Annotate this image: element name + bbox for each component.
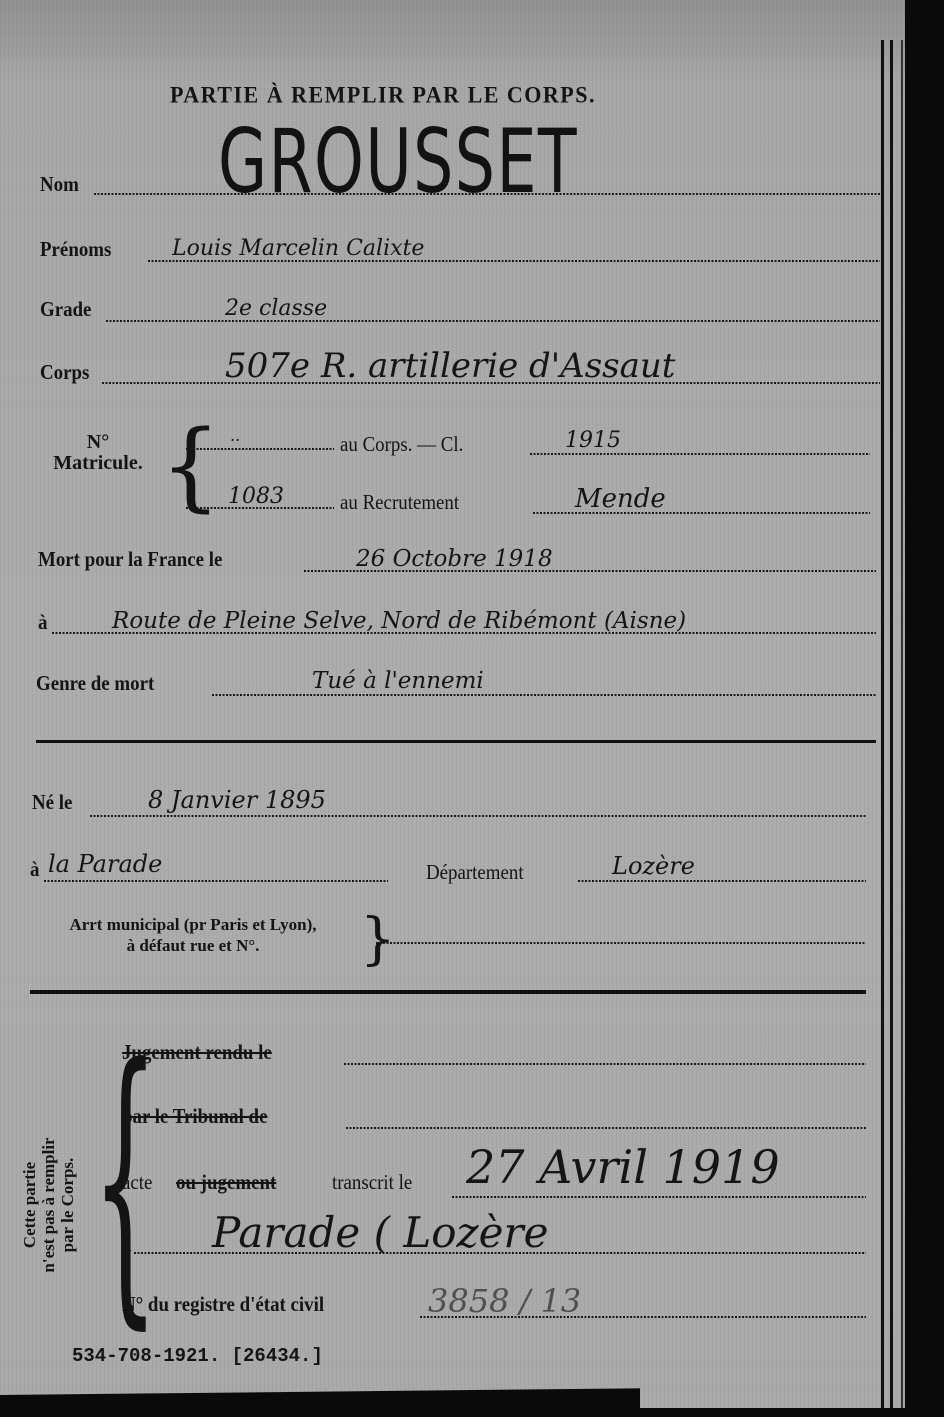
grade-label: Grade [40,297,91,322]
prenoms-value: Louis Marcelin Calixte [172,236,424,261]
form-header: PARTIE À REMPLIR PAR LE CORPS. [170,81,596,108]
transcription-a-value: Parade ( Lozère [212,1208,548,1257]
registre-label: N° du registre d'état civil [122,1292,324,1317]
transcription-a-label: à [122,1232,131,1257]
transcrit-line [452,1196,866,1198]
ne-a-line [44,880,388,882]
ne-a-value: la Parade [48,850,162,878]
tribunal-line [346,1127,866,1129]
genre-mort-label: Genre de mort [36,671,154,696]
arrondissement-label: Arrt municipal (pr Paris et Lyon), à déf… [28,914,358,956]
mort-a-label: à [38,610,47,635]
ne-a-label: à [30,857,39,882]
classe-value: 1915 [565,428,621,453]
departement-line [578,880,866,882]
arrondissement-label-line1: Arrt municipal (pr Paris et Lyon), [28,914,358,935]
side-note: Cette partie n'est pas à remplir par le … [20,1100,77,1310]
side-note-line2: n'est pas à remplir [39,1100,58,1310]
mort-le-value: 26 Octobre 1918 [356,546,553,572]
classe-line [530,453,870,455]
matricule-corps-value: .. [230,426,240,445]
arrondissement-label-line2: à défaut rue et N°. [28,935,358,956]
arrondissement-brace: } [360,912,396,968]
transcrit-label: transcrit le [332,1170,412,1195]
right-border-line [881,40,884,1408]
card-edge [901,40,903,1408]
matricule-label-text: Matricule. [38,453,158,474]
matricule-brace: { [160,418,221,514]
jugement-label: Jugement rendu le [122,1040,272,1065]
au-corps-label: au Corps. — Cl. [340,432,463,457]
mort-le-label: Mort pour la France le [38,547,222,572]
acte-label: acte [122,1170,152,1195]
tribunal-label: par le Tribunal de [122,1104,267,1129]
arrondissement-line [376,942,866,944]
departement-label: Département [426,860,524,885]
side-note-line1: Cette partie [20,1100,39,1310]
recrutement-place-value: Mende [575,484,666,514]
side-note-line3: par le Corps. [58,1100,77,1310]
ne-le-line [90,815,866,817]
section-divider [30,990,866,994]
corps-value: 507e R. artillerie d'Assaut [225,346,675,386]
genre-mort-value: Tué à l'ennemi [312,668,484,694]
matricule-corps-line [186,448,334,450]
genre-mort-line [212,694,876,696]
registre-value: 3858 / 13 [428,1282,581,1320]
grade-line [106,320,880,322]
recrutement-number-value: 1083 [228,484,284,509]
prenoms-label: Prénoms [40,237,111,262]
acte-struck-text: ou jugement [176,1170,276,1195]
mort-a-value: Route de Pleine Selve, Nord de Ribémont … [112,608,686,634]
nom-label: Nom [40,172,79,197]
blank-rule [36,740,876,743]
jugement-line [344,1063,866,1065]
nom-value: GROUSSET [218,118,578,206]
ne-le-value: 8 Janvier 1895 [148,786,326,814]
right-border-line-inner [890,40,893,1408]
au-recrutement-label: au Recrutement [340,490,459,515]
matricule-label-no: N° [38,432,158,453]
record-card: PARTIE À REMPLIR PAR LE CORPS. Nom GROUS… [0,0,905,1408]
grade-value: 2e classe [225,296,327,321]
departement-value: Lozère [612,852,695,880]
ne-le-label: Né le [32,790,72,815]
print-reference: 534-708-1921. [26434.] [72,1345,323,1367]
transcrit-value: 27 Avril 1919 [466,1140,780,1194]
matricule-label: N° Matricule. [38,432,158,474]
corps-label: Corps [40,360,89,385]
